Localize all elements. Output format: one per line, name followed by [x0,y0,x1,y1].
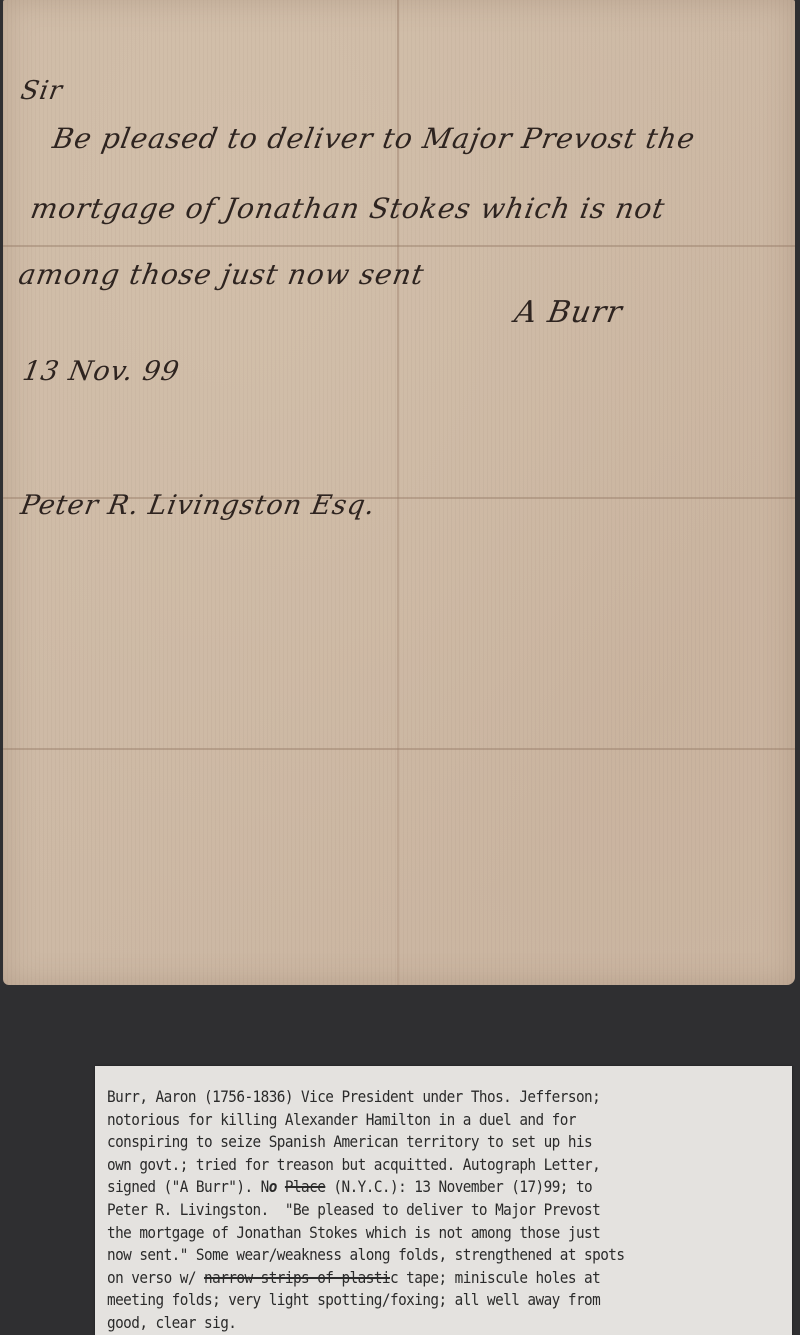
line-text: (N.Y.C.): 13 November (17)99; to [325,1178,592,1196]
description-line: good, clear sig. [107,1312,742,1335]
description-line: meeting folds; very light spotting/foxin… [107,1289,742,1312]
description-line: Burr, Aaron (1756-1836) Vice President u… [107,1086,742,1109]
line-text: signed ("A Burr"). N [107,1178,269,1196]
description-line: now sent." Some wear/weakness along fold… [107,1244,742,1267]
letter-body-line: Be pleased to deliver to Major Prevost t… [50,122,698,155]
letter-body-line: among those just now sent [16,258,427,291]
letter-salutation: Sir [18,76,65,106]
line-text: on verso w/ [107,1269,204,1287]
handwritten-correction: o [269,1178,277,1196]
letter-date: 13 Nov. 99 [20,356,182,387]
struck-text: narrow strips of plasti [204,1269,390,1287]
description-line: on verso w/ narrow strips of plastic tap… [107,1267,742,1290]
line-text: c tape; miniscule holes at [390,1269,600,1287]
description-line: conspiring to seize Spanish American ter… [107,1131,742,1154]
description-card: Burr, Aaron (1756-1836) Vice President u… [95,1066,792,1335]
letter-addressee: Peter R. Livingston Esq. [18,490,378,521]
letter-body-line: mortgage of Jonathan Stokes which is not [28,192,668,225]
letter-signature: A Burr [512,295,625,330]
description-line: signed ("A Burr"). No Place (N.Y.C.): 13… [107,1176,742,1199]
description-line: the mortgage of Jonathan Stokes which is… [107,1222,742,1245]
description-line: Peter R. Livingston. "Be pleased to deli… [107,1199,742,1222]
horizontal-fold-line [3,748,795,750]
horizontal-fold-line [3,245,795,247]
description-line: own govt.; tried for treason but acquitt… [107,1154,742,1177]
description-text: Burr, Aaron (1756-1836) Vice President u… [107,1086,742,1335]
description-line: notorious for killing Alexander Hamilton… [107,1109,742,1132]
manuscript-letter: Sir Be pleased to deliver to Major Prevo… [3,0,795,985]
struck-text: Place [285,1178,325,1196]
